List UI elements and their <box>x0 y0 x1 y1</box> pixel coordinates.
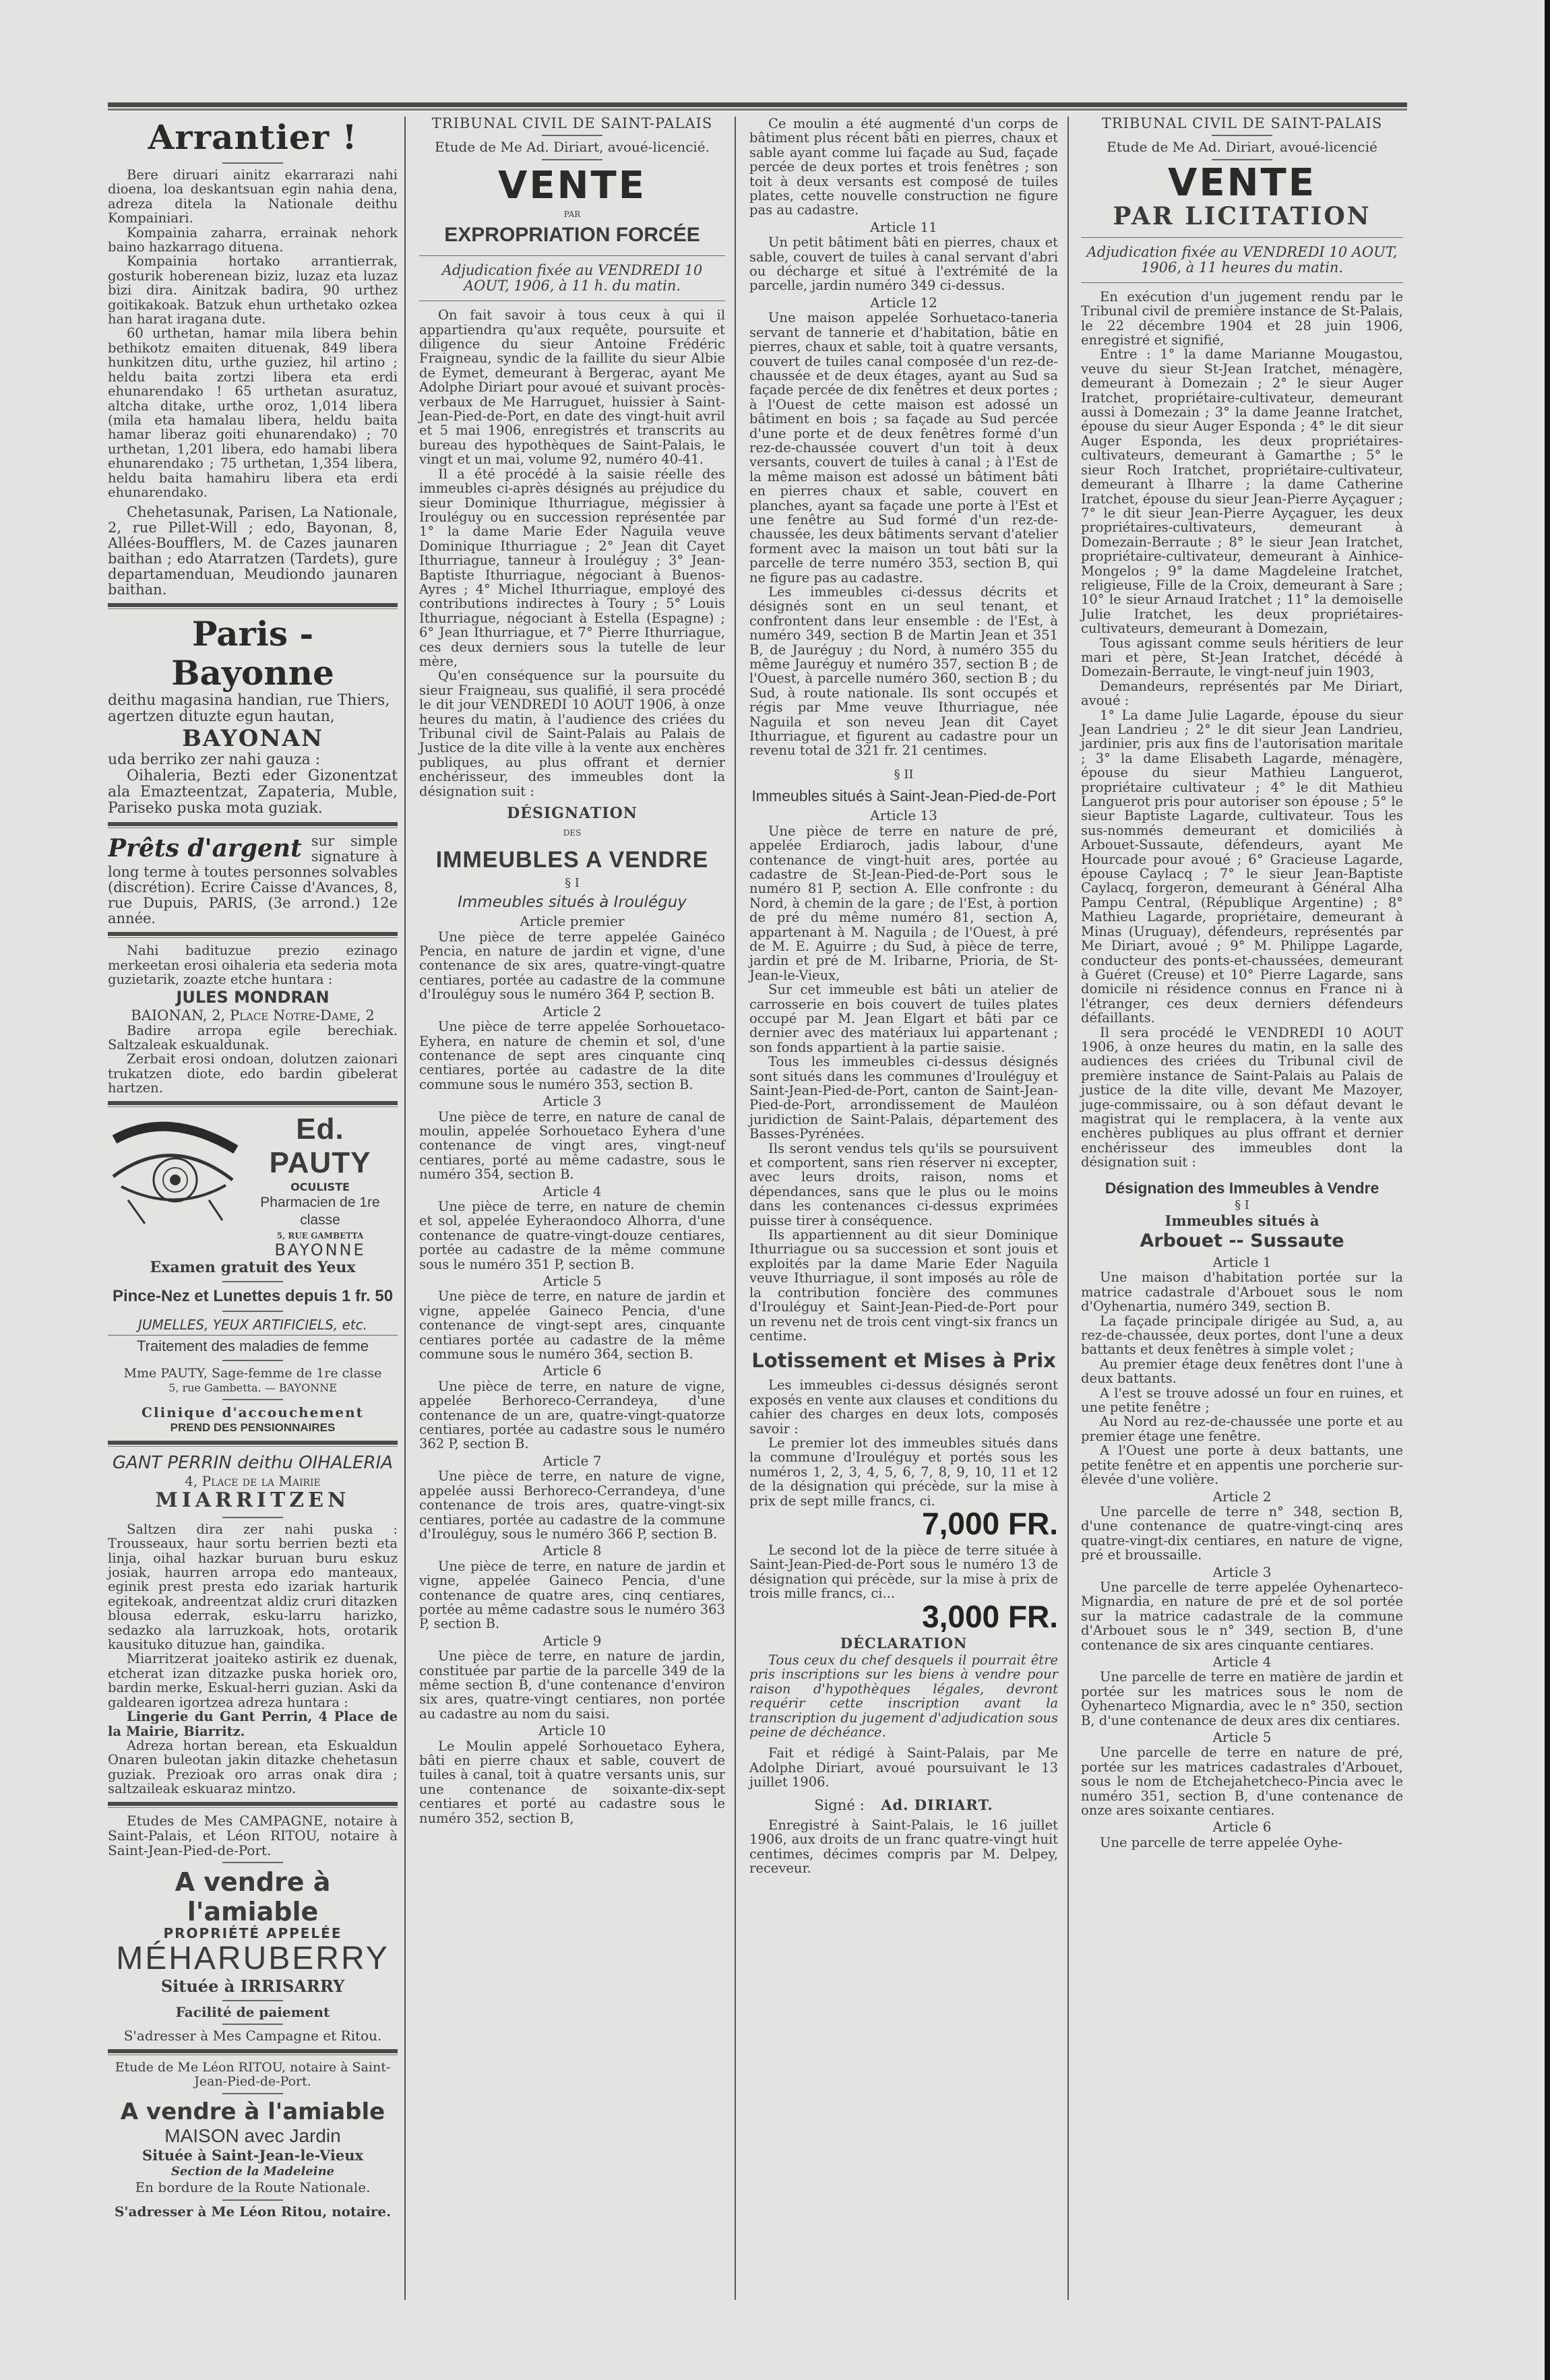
paragraph: Ils seront vendus tels qu'ils se poursui… <box>749 1141 1058 1228</box>
divider <box>222 1360 283 1361</box>
paragraph: Kompainia zaharra, errainak nehork baino… <box>108 226 398 255</box>
paragraph: 1° La dame Julie Lagarde, épouse du sieu… <box>1081 708 1403 1026</box>
immeubles-heading: IMMEUBLES A VENDRE <box>419 846 725 873</box>
column-vente-continued: Ce moulin a été augmenté d'un corps de b… <box>736 117 1069 2300</box>
signature-label: Signé : <box>814 1797 864 1813</box>
rule <box>108 608 398 609</box>
paragraph: Enregistré à Saint-Palais, le 16 juillet… <box>749 1818 1058 1876</box>
oculist-role: OCULISTE <box>243 1180 398 1194</box>
tribunal-heading: TRIBUNAL CIVIL DE SAINT-PALAIS <box>1081 117 1403 131</box>
newspaper-page: Arrantier ! Bere diruari ainitz ekarrara… <box>108 102 1407 2300</box>
location-heading: Arbouet -- Sussaute <box>1081 1230 1403 1253</box>
paragraph: Ce moulin a été augmenté d'un corps de b… <box>749 117 1058 218</box>
article-title: Article 11 <box>749 220 1058 234</box>
article-title: Article 9 <box>419 1634 725 1648</box>
divider <box>222 1517 283 1518</box>
article-text: Une pièce de terre, en nature de canal d… <box>419 1110 725 1182</box>
article-title: Article premier <box>419 914 725 929</box>
ad-pauty: Ed. PAUTY OCULISTE Pharmacien de 1re cla… <box>108 1113 398 1435</box>
ad-arrantier: Arrantier ! Bere diruari ainitz ekarrara… <box>108 117 398 598</box>
paragraph: Lingerie du Gant Perrin, 4 Place de la M… <box>108 1710 398 1739</box>
midwife: Mme PAUTY, Sage-femme de 1re classe <box>108 1365 398 1381</box>
divider <box>222 2024 283 2025</box>
divider <box>1081 237 1403 238</box>
paragraph: Il sera procédé le VENDREDI 10 AOUT 1906… <box>1081 1026 1403 1170</box>
paragraph: Sur cet immeuble est bâti un atelier de … <box>749 982 1058 1055</box>
paragraph: En exécution d'un jugement rendu par le … <box>1081 290 1403 348</box>
text-line: deithu magasina handian, rue Thiers, <box>108 693 398 709</box>
shop-title: GANT PERRIN deithu OIHALERIA <box>108 1452 398 1474</box>
divider <box>419 301 725 301</box>
article-text: Un petit bâtiment bâti en pierres, chaux… <box>749 235 1058 293</box>
paragraph: Bere diruari ainitz ekarrarazi nahi dioe… <box>108 168 398 226</box>
paragraph: Nahi badituzue prezio ezinago merkeetan … <box>108 943 398 987</box>
for-sale-title: A vendre à l'amiable <box>108 1867 398 1927</box>
divider <box>222 2000 283 2001</box>
articles-list: Article premierUne pièce de terre appelé… <box>419 914 725 1825</box>
article-title: Article 2 <box>1081 1490 1403 1504</box>
top-rule <box>108 102 1407 108</box>
situes-label: Immeubles situés à <box>1081 1212 1403 1230</box>
location-heading: Immeubles situés à Saint-Jean-Pied-de-Po… <box>749 786 1058 806</box>
sale-type: EXPROPRIATION FORCÉE <box>419 222 725 249</box>
vente-title: VENTE <box>1081 164 1403 202</box>
paragraph: Kompainia hortako arrantierrak, gosturik… <box>108 254 398 326</box>
rule <box>108 1802 398 1806</box>
shop-address: 4, Place de la Mairie <box>108 1474 398 1489</box>
rule <box>108 1106 398 1107</box>
article-text: Une pièce de terre, en nature de vigne, … <box>419 1469 725 1541</box>
notary-line: Etudes de Mes CAMPAGNE, notaire à Saint-… <box>108 1813 398 1858</box>
for-sale-title: A vendre à l'amiable <box>108 2098 398 2125</box>
paragraph: Adreza hortan berean, eta Eskualdun Onar… <box>108 1739 398 1796</box>
contact: S'adresser à Me Léon Ritou, notaire. <box>108 2205 398 2219</box>
article-text: Une pièce de terre, en nature de chemin … <box>419 1199 725 1272</box>
ad-jules-mondran: Nahi badituzue prezio ezinago merkeetan … <box>108 943 398 1095</box>
property-location: Située à IRRISARRY <box>108 1977 398 1996</box>
paragraph: Une maison d'habitation portée sur la ma… <box>1081 1270 1403 1313</box>
section-number: § II <box>749 768 1058 782</box>
divider <box>222 1862 283 1863</box>
ad-prets-title: Prêts d'argent <box>108 835 302 862</box>
products: JUMELLES, YEUX ARTIFICIELS, etc. <box>108 1316 398 1334</box>
article-text: Une parcelle de terre appelée Oyhe- <box>1081 1836 1403 1850</box>
article-title: Article 5 <box>1081 1730 1403 1745</box>
paragraph: Badire arropa egile berechiak. Saltzalea… <box>108 1024 398 1053</box>
paragraph: Oihaleria, Bezti eder Gizonentzat ala Em… <box>108 768 398 817</box>
rule <box>108 1446 398 1447</box>
lot-2-price: 3,000 FR. <box>922 1601 1058 1632</box>
page-scan-edge <box>1545 0 1550 2380</box>
article-title: Article 6 <box>1081 1820 1403 1834</box>
paragraph: Il a été procédé à la saisie réelle des … <box>419 467 725 669</box>
divider <box>1212 135 1272 136</box>
divider <box>1212 159 1272 160</box>
article-title: Article 2 <box>419 1005 725 1019</box>
paragraph: Fait et rédigé à Saint-Palais, par Me Ad… <box>749 1746 1058 1789</box>
payment-terms: Facilité de paiement <box>108 2005 398 2019</box>
boarders: PREND DES PENSIONNAIRES <box>108 1420 398 1435</box>
article-title: Article 1 <box>1081 1255 1403 1270</box>
lot-2: Le second lot de la pièce de terre situé… <box>749 1543 1058 1632</box>
adjudication-date: Adjudication fixée au VENDREDI 10 AOUT, … <box>419 263 725 294</box>
article-title: Article 10 <box>419 1724 725 1738</box>
article-text: Une parcelle de terre en nature de pré, … <box>1081 1745 1403 1817</box>
midwife-address: 5, rue Gambetta. — BAYONNE <box>108 1381 398 1395</box>
article-title: Article 12 <box>749 296 1058 310</box>
divider <box>222 1311 283 1312</box>
lot-1-price: 7,000 FR. <box>922 1508 1058 1539</box>
paragraph: Demandeurs, représentés par Me Diriart, … <box>1081 679 1403 708</box>
divider <box>222 2093 283 2094</box>
contact: S'adresser à Mes Campagne et Ritou. <box>108 2029 398 2043</box>
paragraph: Au Nord au rez-de-chaussée une porte et … <box>1081 1414 1403 1443</box>
paragraph: La façade principale dirigée au Sud, a, … <box>1081 1314 1403 1357</box>
text-line: uda berriko zer nahi gauza : <box>108 752 398 768</box>
divider <box>542 159 602 160</box>
rule <box>108 1441 398 1445</box>
article-title: Article 3 <box>1081 1565 1403 1579</box>
house-label: MAISON avec Jardin <box>108 2125 398 2147</box>
article-text: Une parcelle de terre appelée Oyhenartec… <box>1081 1580 1403 1652</box>
section-number: § I <box>1081 1198 1403 1212</box>
paragraph: On fait savoir à tous ceux à qui il appa… <box>419 308 725 466</box>
rule <box>108 2055 398 2055</box>
par-label: PAR <box>419 208 725 222</box>
paragraph: Miarritzerat joaiteko astirik ez duenak,… <box>108 1652 398 1710</box>
tribunal-heading: TRIBUNAL CIVIL DE SAINT-PALAIS <box>419 117 725 131</box>
article-text: Une parcelle de terre en matière de jard… <box>1081 1670 1403 1728</box>
vente-title: VENTE <box>419 164 725 208</box>
article-text: Une pièce de terre appelée Sorhouetaco-E… <box>419 1020 725 1092</box>
article-text: Le Moulin appelé Sorhouetaco Eyhera, bât… <box>419 1739 725 1825</box>
articles-list: Article 2Une parcelle de terre n° 348, s… <box>1081 1490 1403 1850</box>
paragraph: Au premier étage deux fenêtres dont l'un… <box>1081 1357 1403 1386</box>
des-label: DES <box>419 826 725 840</box>
article-text: Une pièce de terre, en nature de jardin,… <box>419 1649 725 1721</box>
shop-address: BAIONAN, 2, Place Notre-Dame, 2 <box>108 1007 398 1024</box>
location-heading: Immeubles situés à Irouléguy <box>419 893 725 912</box>
designation-heading: DÉSIGNATION <box>419 807 725 821</box>
article-title: Article 6 <box>419 1364 725 1378</box>
article-title: Article 5 <box>419 1274 725 1288</box>
lotissement-heading: Lotissement et Mises à Prix <box>749 1347 1058 1374</box>
etude-line: Etude de Me Ad. Diriart, avoué-licencié. <box>419 140 725 154</box>
paragraph: Qu'en conséquence sur la poursuite du si… <box>419 668 725 798</box>
signature: Signé : Ad. DIRIART. <box>749 1798 1058 1813</box>
adjudication-date: Adjudication fixée au VENDREDI 10 AOUT, … <box>1081 245 1403 276</box>
lot-description: Le second lot de la pièce de terre situé… <box>749 1543 1058 1601</box>
divider <box>222 162 283 164</box>
rule <box>108 937 398 938</box>
paragraph: 60 urthetan, hamar mila libera behin bet… <box>108 326 398 499</box>
notary-line: Etude de Me Léon RITOU, notaire à Saint-… <box>108 2061 398 2089</box>
article-title: Article 4 <box>419 1185 725 1199</box>
article-text: Une pièce de terre, en nature de vigne, … <box>419 1379 725 1451</box>
text-line: agertzen dituzte egun hautan, <box>108 709 398 725</box>
designation-heading: Désignation des Immeubles à Vendre <box>1081 1178 1403 1198</box>
rule <box>108 603 398 607</box>
lot-1: Le premier lot des immeubles situés dans… <box>749 1436 1058 1539</box>
ad-prets-argent: Prêts d'argent sur simple signature à lo… <box>108 834 398 927</box>
ad-paris-bayonne: Paris - Bayonne deithu magasina handian,… <box>108 615 398 817</box>
paragraph: Une pièce de terre en nature de pré, app… <box>749 824 1058 982</box>
house-section: Section de la Madeleine <box>108 2164 398 2179</box>
article-text: Une pièce de terre, en nature de jardin … <box>419 1289 725 1361</box>
paragraph: Saltzen dira zer nahi puska : Trousseaux… <box>108 1522 398 1652</box>
column-vente-licitation: TRIBUNAL CIVIL DE SAINT-PALAIS Etude de … <box>1069 117 1407 1850</box>
sale-type: PAR LICITATION <box>1081 202 1403 230</box>
section-number: § I <box>419 876 725 890</box>
article-text: Une pièce de terre, en nature de jardin … <box>419 1559 725 1631</box>
rule <box>108 1101 398 1105</box>
treatment: Traitement des maladies de femme <box>108 1337 398 1356</box>
article-text: Une parcelle de terre n° 348, section B,… <box>1081 1505 1403 1563</box>
pharmacist-line: Pharmacien de 1re classe <box>243 1194 398 1229</box>
divider <box>542 135 602 136</box>
column-advertisements: Arrantier ! Bere diruari ainitz ekarrara… <box>108 117 406 2300</box>
clinic: Clinique d'accouchement <box>108 1404 398 1420</box>
house-location: Située à Saint-Jean-le-Vieux <box>108 2147 398 2164</box>
property-label: PROPRIÉTÉ APPELÉE <box>108 1927 398 1941</box>
rule <box>108 932 398 936</box>
shop-name: JULES MONDRAN <box>108 987 398 1007</box>
city-name: MIARRITZEN <box>108 1489 398 1513</box>
paragraph: Tous agissant comme seuls héritiers de l… <box>1081 636 1403 679</box>
rule <box>108 827 398 828</box>
divider <box>108 1335 398 1336</box>
articles-list: Article 11Un petit bâtiment bâti en pier… <box>749 220 1058 585</box>
paragraph: A l'est se trouve adossé un four en ruin… <box>1081 1386 1403 1415</box>
city-name: BAYONAN <box>108 725 398 752</box>
article-text: Une pièce de terre appelée Gainéco Penci… <box>419 930 725 1002</box>
ad-maison: Etude de Me Léon RITOU, notaire à Saint-… <box>108 2061 398 2219</box>
lot-description: Le premier lot des immeubles situés dans… <box>749 1436 1058 1508</box>
paragraph: Tous les immeubles ci-dessus désignés so… <box>749 1055 1058 1141</box>
city: BAYONNE <box>243 1243 398 1257</box>
divider <box>222 1399 283 1400</box>
rule <box>108 2049 398 2053</box>
divider <box>222 2199 283 2201</box>
column-vente-expropriation: TRIBUNAL CIVIL DE SAINT-PALAIS Etude de … <box>406 117 736 2300</box>
paragraph: Zerbait erosi ondoan, dolutzen zaionari … <box>108 1052 398 1095</box>
article-title: Article 13 <box>749 809 1058 823</box>
ad-paris-bayonne-title: Paris - Bayonne <box>108 615 398 693</box>
free-exam: Examen gratuit des Yeux <box>108 1258 398 1277</box>
ad-arrantier-title: Arrantier ! <box>108 117 398 158</box>
divider <box>1081 282 1403 283</box>
declaration-heading: DÉCLARATION <box>749 1636 1058 1650</box>
article-title: Article 4 <box>1081 1655 1403 1669</box>
ad-meharuberry: Etudes de Mes CAMPAGNE, notaire à Saint-… <box>108 1813 398 2044</box>
article-title: Article 7 <box>419 1454 725 1468</box>
glasses-price: Pince-Nez et Lunettes depuis 1 fr. 50 <box>108 1286 398 1307</box>
etude-line: Etude de Me Ad. Diriart, avoué-licencié <box>1081 140 1403 154</box>
oculist-name: Ed. PAUTY <box>243 1113 398 1180</box>
article-title: Article 8 <box>419 1544 725 1558</box>
article-title: Article 3 <box>419 1094 725 1108</box>
eye-illustration-icon <box>108 1113 243 1227</box>
divider <box>222 1281 283 1282</box>
paragraph: Les immeubles ci-dessus décrits et désig… <box>749 585 1058 758</box>
signature-name: Ad. DIRIART. <box>881 1796 993 1813</box>
paragraph: A l'Ouest une porte à deux battants, une… <box>1081 1443 1403 1486</box>
rule <box>108 1807 398 1808</box>
declaration-text: Tous ceux du chef desquels il pourrait ê… <box>749 1653 1058 1739</box>
paragraph: Chehetasunak, Parisen, La Nationale, 2, … <box>108 505 398 598</box>
paragraph: Ils appartiennent au dit sieur Dominique… <box>749 1228 1058 1343</box>
property-name: MÉHARUBERRY <box>108 1941 398 1977</box>
divider <box>419 255 725 256</box>
article-text: Une maison appelée Sorhuetaco-taneria se… <box>749 311 1058 585</box>
paragraph: Les immeubles ci-dessus désignés seront … <box>749 1378 1058 1436</box>
house-road: En bordure de la Route Nationale. <box>108 2179 398 2195</box>
paragraph: Entre : 1° la dame Marianne Mougastou, v… <box>1081 347 1403 635</box>
ad-gant-perrin: GANT PERRIN deithu OIHALERIA 4, Place de… <box>108 1452 398 1796</box>
rule <box>108 822 398 826</box>
